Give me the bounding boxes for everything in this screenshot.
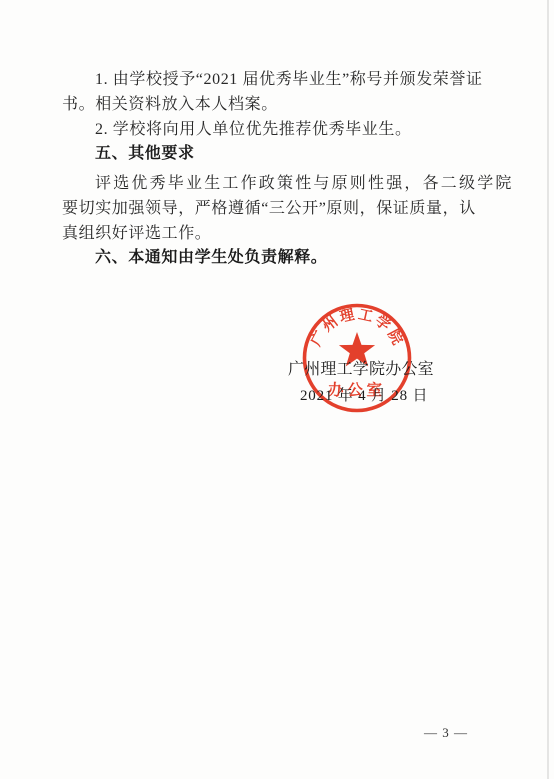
page-number: — 3 — bbox=[410, 725, 482, 741]
body-line-3: 2. 学校将向用人单位优先推荐优秀毕业生。 bbox=[95, 120, 412, 139]
scan-edge-artifact bbox=[547, 0, 549, 779]
body-line-1: 1. 由学校授予“2021 届优秀毕业生”称号并颁发荣誉证 bbox=[95, 70, 483, 89]
signature-date: 2021 年 4 月 28 日 bbox=[300, 384, 428, 405]
section-heading-6: 六、本通知由学生处负责解释。 bbox=[95, 248, 327, 267]
body-line-6: 要切实加强领导，严格遵循“三公开”原则，保证质量，认 bbox=[62, 199, 476, 218]
section-heading-5: 五、其他要求 bbox=[95, 144, 195, 163]
signature-organization: 广州理工学院办公室 bbox=[288, 356, 434, 379]
body-line-5: 评选优秀毕业生工作政策性与原则性强，各二级学院 bbox=[95, 174, 514, 193]
document-page: 1. 由学校授予“2021 届优秀毕业生”称号并颁发荣誉证 书。相关资料放入本人… bbox=[0, 0, 554, 779]
body-line-7: 真组织好评选工作。 bbox=[62, 224, 211, 243]
body-line-2: 书。相关资料放入本人档案。 bbox=[62, 95, 278, 114]
